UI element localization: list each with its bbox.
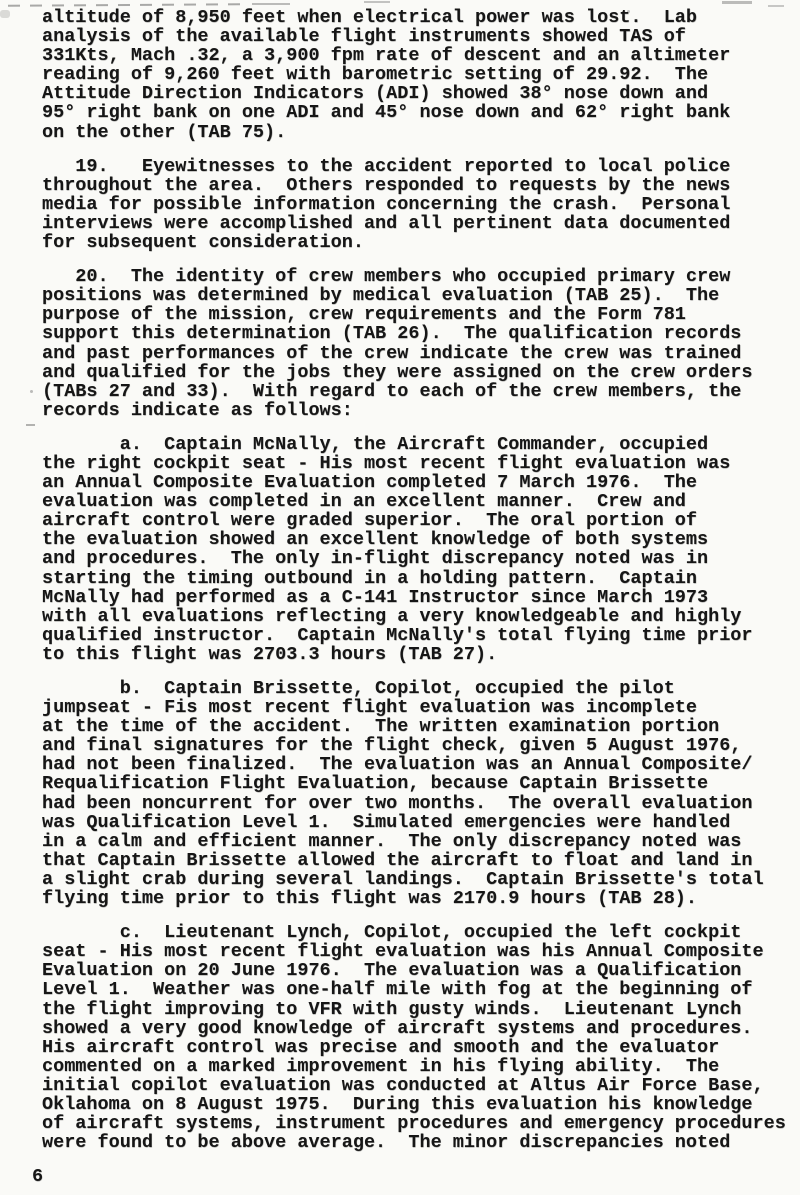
page-content: altitude of 8,950 feet when electrical p…	[0, 0, 800, 1186]
paragraph-19: 19. Eyewitnesses to the accident reporte…	[42, 157, 794, 252]
paragraph-18-continuation: altitude of 8,950 feet when electrical p…	[42, 8, 794, 142]
paragraph-20: 20. The identity of crew members who occ…	[42, 267, 794, 420]
subparagraph-c: c. Lieutenant Lynch, Copilot, occupied t…	[42, 923, 794, 1152]
page-number: 6	[32, 1167, 794, 1186]
subparagraph-a: a. Captain McNally, the Aircraft Command…	[42, 435, 794, 664]
document-page: altitude of 8,950 feet when electrical p…	[0, 0, 800, 1195]
subparagraph-b: b. Captain Brissette, Copilot, occupied …	[42, 679, 794, 908]
